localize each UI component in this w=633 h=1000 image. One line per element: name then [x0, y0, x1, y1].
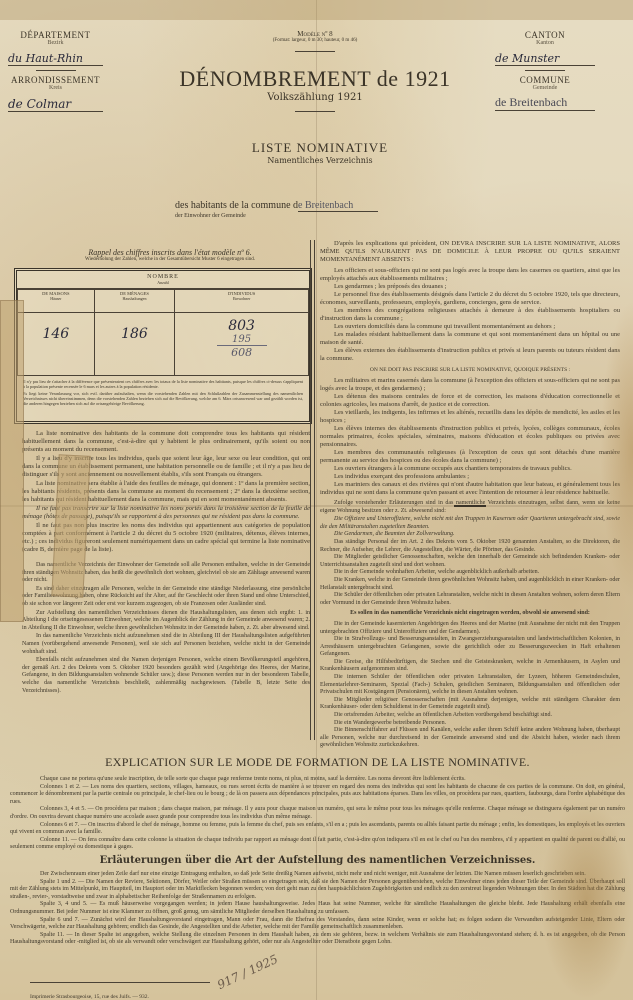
erlaeuterungen-title: Erläuterungen über die Art der Aufstellu…	[10, 855, 625, 866]
edge-stain	[600, 300, 633, 600]
nombre-label: NOMBRE	[17, 271, 309, 280]
right-instructions-de: Zufolge vorstehender Erläuterungen sind …	[320, 500, 620, 750]
individus-value: 803	[176, 314, 307, 334]
exclude-title: ON NE DOIT PAS INSCRIRE SUR LA LISTE NOM…	[320, 366, 620, 374]
exclude-item: Les élèves internes des établissements d…	[320, 425, 620, 449]
arrondissement-value: de Colmar	[8, 91, 103, 112]
exclude-item: Les ouvriers étrangers à la commune occu…	[320, 465, 620, 473]
header-center: Modèle nº 8 (Format: largeur, 0 m 30; ha…	[160, 30, 470, 116]
handwritten-note: 917 / 1925	[215, 952, 280, 992]
canton-label: CANTON	[495, 30, 595, 40]
liste-title: LISTE NOMINATIVE	[190, 140, 450, 156]
paragraph: Ebenfalls nicht aufzunehmen sind die Nam…	[22, 657, 310, 695]
erlaeuterungen-section: Erläuterungen über die Art der Aufstellu…	[10, 855, 625, 947]
recap-table: NOMBRE Anzahl DE MAISONSHäuser DE MÉNAGE…	[14, 268, 312, 424]
col-maisons-sub: Häuser	[19, 296, 93, 301]
column-divider	[310, 240, 315, 740]
page-title: DÉNOMBREMENT de 1921	[160, 66, 470, 92]
include-item: Les ouvriers domiciliés dans la commune …	[320, 323, 620, 331]
recap-note-fr: Il n'y pas lieu de s'attacher à la diffé…	[17, 376, 309, 389]
de-include-item: Die Offiziere und Unteroffiziere, welche…	[320, 516, 620, 531]
include-item: Les élèves externes des établissements d…	[320, 347, 620, 363]
census-document: DÉPARTEMENT Bezirk du Haut-Rhin ARRONDIS…	[0, 0, 633, 1000]
canton-value: de Munster	[495, 46, 595, 66]
include-item: Les gendarmes ; les préposés des douanes…	[320, 283, 620, 291]
divider	[525, 70, 565, 71]
explication-title: EXPLICATION SUR LE MODE DE FORMATION DE …	[10, 755, 625, 770]
exclude-item: Les vieillards, les indigents, les infir…	[320, 409, 620, 425]
exclude-item: Les militaires et marins casernés dans l…	[320, 377, 620, 393]
explication-section: EXPLICATION SUR LE MODE DE FORMATION DE …	[10, 755, 625, 852]
liste-subtitle: Namentliches Verzeichnis	[190, 156, 450, 165]
intro-paragraph: D'après les explications qui précèdent, …	[320, 240, 620, 264]
de-include-item: Das ständige Personal der im Art. 2 des …	[320, 539, 620, 554]
explication-paragraph: Colonnes 1 et 2. — Les noms des quartier…	[10, 784, 625, 807]
erlaeuterungen-paragraph: Spalte 3, 4 und 5. — Es muß häuserweise …	[10, 901, 625, 916]
exclude-item: Les membres des communautés religieuses …	[320, 449, 620, 465]
recap-title: Rappel des chiffres inscrits dans l'état…	[30, 248, 310, 257]
col-menages-sub: Haushaltungen	[96, 296, 173, 301]
de-exclude-item: Die Greise, die Hilfsbedürftigen, die Si…	[320, 659, 620, 674]
de-include-item: Die in der Gemeinde wohnhaften Arbeiter,…	[320, 569, 620, 577]
divider	[295, 111, 335, 112]
erlaeuterungen-paragraph: Spalte 1 und 2. — Die Namen der Reviere,…	[10, 879, 625, 902]
de-include-item: Die Kranken, welche in der Gemeinde ihre…	[320, 577, 620, 592]
include-item: Les officiers et sous-officiers qui ne s…	[320, 267, 620, 283]
erlaeuterungen-paragraph: Spalte 11. — In dieser Spalte ist angege…	[10, 932, 625, 947]
de-exclude-item: Die internen Schüler der öffentlichen od…	[320, 674, 620, 697]
de-exclude-item: Die Binnenschiffahrer auf Flüssen und Ka…	[320, 727, 620, 750]
tape-strip	[0, 300, 24, 622]
departement-label: DÉPARTEMENT	[8, 30, 103, 40]
recap-grid: DE MAISONSHäuser DE MÉNAGESHaushaltungen…	[17, 289, 309, 376]
maisons-value: 146	[19, 314, 93, 342]
paragraph: In das namentliche Verzeichnis nicht auf…	[22, 633, 310, 656]
nombre-sublabel: Anzahl	[17, 280, 309, 289]
de-exclude-item: Die ortsfremden Arbeiter, welche an öffe…	[320, 712, 620, 720]
modele-label: Modèle nº 8	[160, 30, 470, 38]
paragraph: Zur Aufstellung des namentlichen Verzeic…	[22, 610, 310, 633]
liste-header: LISTE NOMINATIVE Namentliches Verzeichni…	[190, 140, 450, 165]
individus-subtract: 195	[176, 334, 307, 345]
de-include-item: Die Schüler der öffentlichen oder privat…	[320, 592, 620, 607]
col-individus-sub: Einwohner	[176, 296, 307, 301]
canton-block: CANTON Kanton de Munster COMMUNE Gemeind…	[495, 30, 595, 111]
de-exclude-item: Die in Strafvollzugs- und Besserungsanst…	[320, 636, 620, 659]
recap-title-german: Wiederholung der Zahlen, welche in der G…	[30, 257, 310, 262]
departement-block: DÉPARTEMENT Bezirk du Haut-Rhin ARRONDIS…	[8, 30, 103, 112]
paper-edge-stain	[0, 0, 633, 20]
erlaeuterungen-paragraph: Der Zwischenraum einer jeden Zeile darf …	[10, 871, 625, 879]
de-include-item: Die Gendarmen, die Beamten der Zollverwa…	[320, 531, 620, 539]
de-exclude-item: Die Mitglieder religiöser Genossenschaft…	[320, 697, 620, 712]
water-stain	[540, 800, 633, 1000]
divider	[36, 70, 76, 71]
de-exclude-item: Die in der Gemeinde kasernierten Angehör…	[320, 621, 620, 636]
exclude-item: Les mariniers des canaux et des rivières…	[320, 481, 620, 497]
divider	[295, 51, 335, 52]
arrondissement-label: ARRONDISSEMENT	[8, 75, 103, 85]
right-instructions-fr: D'après les explications qui précèdent, …	[320, 240, 620, 515]
departement-value: du Haut-Rhin	[8, 46, 103, 66]
explication-paragraph: Colonnes 6 et 7. — On inscrira d'abord l…	[10, 822, 625, 837]
explication-paragraph: Chaque case ne portera qu'une seule insc…	[10, 776, 625, 784]
exclude-item: Les détenus des maisons centrales de for…	[320, 393, 620, 409]
commune-label: COMMUNE	[495, 75, 595, 85]
habitants-german: der Einwohner der Gemeinde	[175, 213, 445, 219]
erlaeuterungen-paragraph: Spalte 6 und 7. — Zunächst wird der Haus…	[10, 917, 625, 932]
imprimerie-text: Imprimerie Strasbourgeoise, 15, rue des …	[30, 994, 149, 1000]
habitants-line: des habitants de la commune de Breitenba…	[175, 195, 445, 219]
menages-value: 186	[96, 314, 173, 342]
de-include-item: Die Mitglieder geistlicher Genossenschaf…	[320, 554, 620, 569]
recap-note-de: Es liegt keine Veranlassung vor, sich ev…	[17, 389, 309, 406]
commune-value: de Breitenbach	[495, 91, 595, 111]
recap-section: Rappel des chiffres inscrits dans l'état…	[30, 248, 310, 262]
explication-paragraph: Colonne 11. — On fera connaître dans cet…	[10, 837, 625, 852]
paragraph: La liste nominative des habitants de la …	[22, 430, 310, 454]
de-exclude-title: Es sollen in das namentliche Verzeichnis…	[320, 610, 620, 618]
de-intro: Zufolge vorstehender Erläuterungen sind …	[320, 500, 620, 515]
explication-paragraph: Colonnes 3, 4 et 5. — On procèdera par m…	[10, 806, 625, 821]
footer-imprint: Imprimerie Strasbourgeoise, 15, rue des …	[30, 982, 210, 1000]
include-item: Les membres des congrégations religieuse…	[320, 307, 620, 323]
modele-format: (Format: largeur, 0 m 30; hauteur, 0 m 4…	[160, 38, 470, 43]
include-item: Les malades résidant habituellement dans…	[320, 331, 620, 347]
include-item: Le personnel fixe des établissements dés…	[320, 291, 620, 307]
individus-result: 608	[217, 345, 267, 359]
habitants-label: des habitants de la commune d	[175, 200, 298, 211]
habitants-value: e Breitenbach	[298, 200, 378, 212]
exclude-item: Les individus exerçant des professions a…	[320, 473, 620, 481]
page-title-german: Volkszählung 1921	[160, 92, 470, 103]
